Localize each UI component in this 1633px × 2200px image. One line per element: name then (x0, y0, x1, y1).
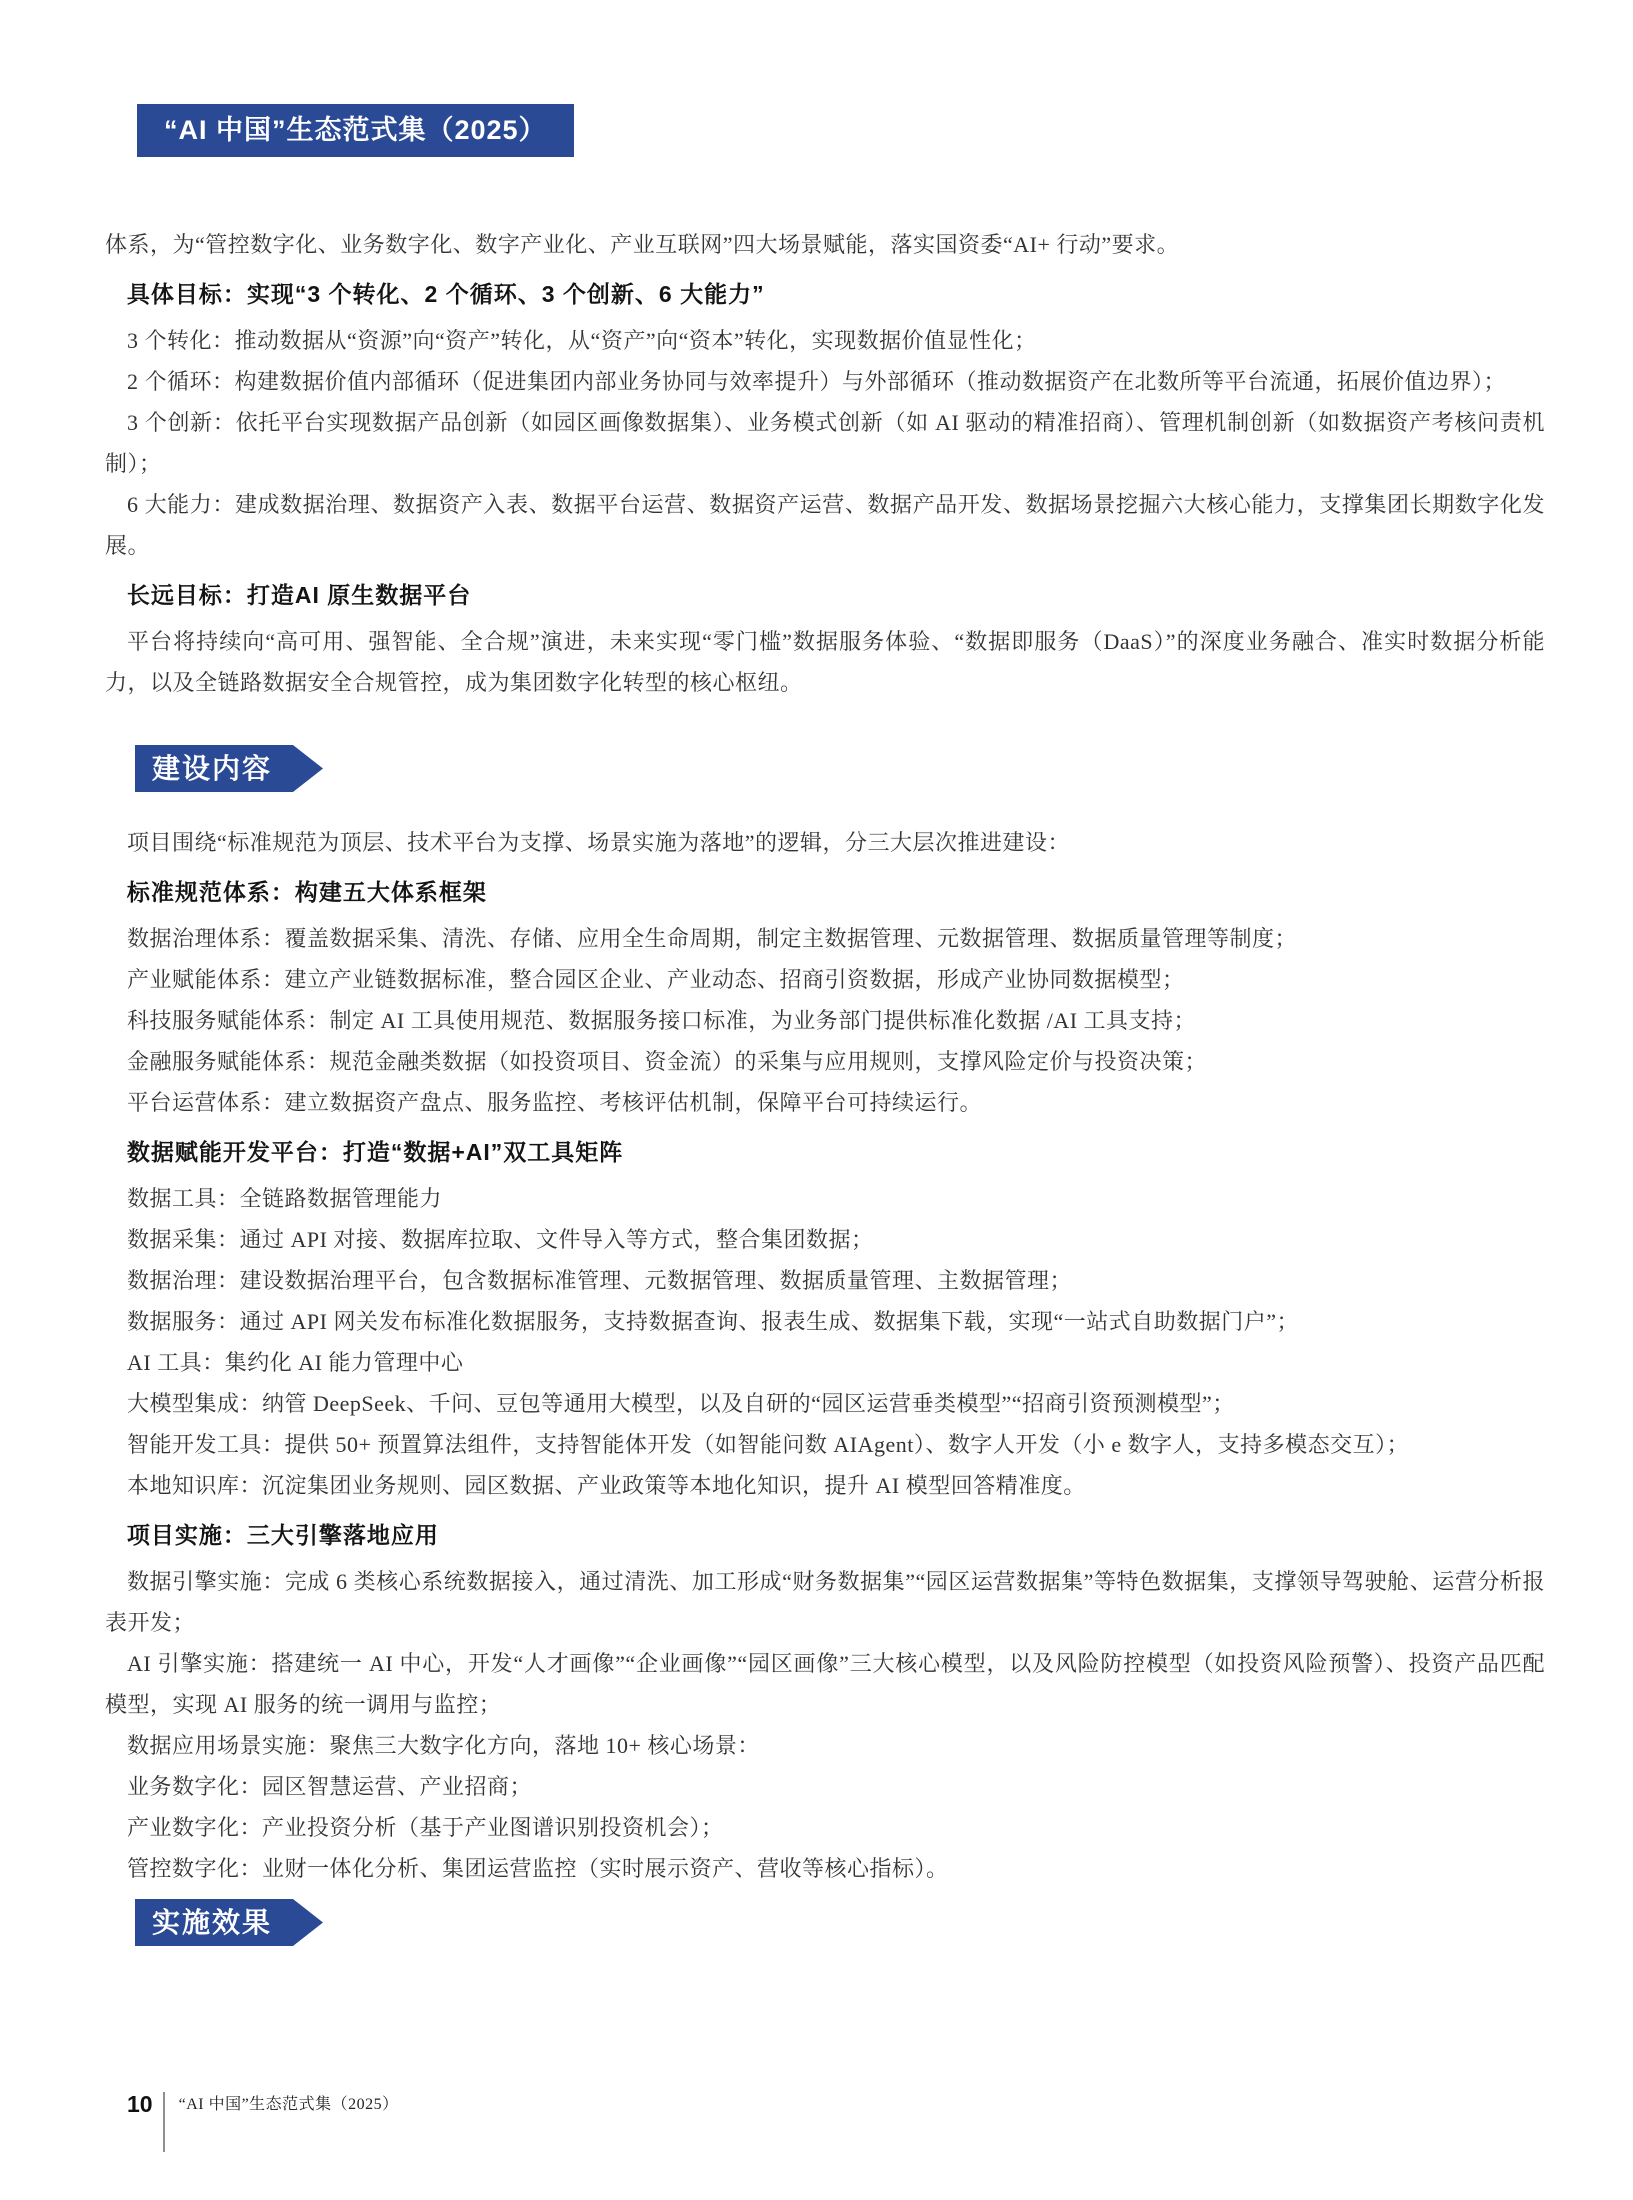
section-badge-label: 实施效果 (135, 1902, 272, 1943)
paragraph: 平台运营体系：建立数据资产盘点、服务监控、考核评估机制，保障平台可持续运行。 (105, 1082, 1545, 1123)
section-badge-results: 实施效果 (135, 1899, 323, 1946)
paragraph: 大模型集成：纳管 DeepSeek、千问、豆包等通用大模型，以及自研的“园区运营… (105, 1383, 1545, 1424)
paragraph: 数据服务：通过 API 网关发布标准化数据服务，支持数据查询、报表生成、数据集下… (105, 1301, 1545, 1342)
subheading: 具体目标：实现“3 个转化、2 个循环、3 个创新、6 大能力” (105, 274, 1545, 315)
paragraph: 管控数字化：业财一体化分析、集团运营监控（实时展示资产、营收等核心指标）。 (105, 1848, 1545, 1889)
paragraph: 平台将持续向“高可用、强智能、全合规”演进，未来实现“零门槛”数据服务体验、“数… (105, 621, 1545, 703)
paragraph: AI 工具：集约化 AI 能力管理中心 (105, 1342, 1545, 1383)
paragraph: 2 个循环：构建数据价值内部循环（促进集团内部业务协同与效率提升）与外部循环（推… (105, 361, 1545, 402)
footer-booklet-title: “AI 中国”生态范式集（2025） (179, 2092, 399, 2117)
paragraph: 智能开发工具：提供 50+ 预置算法组件，支持智能体开发（如智能问数 AIAge… (105, 1424, 1545, 1465)
paragraph: 数据治理：建设数据治理平台，包含数据标准管理、元数据管理、数据质量管理、主数据管… (105, 1260, 1545, 1301)
paragraph: 数据应用场景实施：聚焦三大数字化方向，落地 10+ 核心场景： (105, 1725, 1545, 1766)
document-page: “AI 中国”生态范式集（2025） 体系，为“管控数字化、业务数字化、数字产业… (0, 0, 1633, 2200)
paragraph: 金融服务赋能体系：规范金融类数据（如投资项目、资金流）的采集与应用规则，支撑风险… (105, 1041, 1545, 1082)
document-content: 体系，为“管控数字化、业务数字化、数字产业化、产业互联网”四大场景赋能，落实国资… (105, 224, 1545, 1976)
paragraph: 体系，为“管控数字化、业务数字化、数字产业化、产业互联网”四大场景赋能，落实国资… (105, 224, 1545, 265)
subheading: 长远目标：打造AI 原生数据平台 (105, 575, 1545, 616)
paragraph: 产业赋能体系：建立产业链数据标准，整合园区企业、产业动态、招商引资数据，形成产业… (105, 959, 1545, 1000)
paragraph: 数据工具：全链路数据管理能力 (105, 1178, 1545, 1219)
paragraph: 项目围绕“标准规范为顶层、技术平台为支撑、场景实施为落地”的逻辑，分三大层次推进… (105, 822, 1545, 863)
paragraph: 数据引擎实施：完成 6 类核心系统数据接入，通过清洗、加工形成“财务数据集”“园… (105, 1561, 1545, 1643)
subheading: 项目实施：三大引擎落地应用 (105, 1515, 1545, 1556)
page-number: 10 (127, 2092, 153, 2117)
footer-divider (163, 2092, 165, 2152)
paragraph: 业务数字化：园区智慧运营、产业招商； (105, 1766, 1545, 1807)
subheading: 数据赋能开发平台：打造“数据+AI”双工具矩阵 (105, 1132, 1545, 1173)
paragraph: 数据治理体系：覆盖数据采集、清洗、存储、应用全生命周期，制定主数据管理、元数据管… (105, 918, 1545, 959)
paragraph: 科技服务赋能体系：制定 AI 工具使用规范、数据服务接口标准，为业务部门提供标准… (105, 1000, 1545, 1041)
paragraph: 数据采集：通过 API 对接、数据库拉取、文件导入等方式，整合集团数据； (105, 1219, 1545, 1260)
paragraph: 本地知识库：沉淀集团业务规则、园区数据、产业政策等本地化知识，提升 AI 模型回… (105, 1465, 1545, 1506)
report-title-badge: “AI 中国”生态范式集（2025） (137, 104, 574, 157)
paragraph: 3 个创新：依托平台实现数据产品创新（如园区画像数据集）、业务模式创新（如 AI… (105, 402, 1545, 484)
subheading: 标准规范体系：构建五大体系框架 (105, 872, 1545, 913)
page-footer: 10 “AI 中国”生态范式集（2025） (127, 2092, 399, 2152)
paragraph: 产业数字化：产业投资分析（基于产业图谱识别投资机会）； (105, 1807, 1545, 1848)
section-badge-construction: 建设内容 (135, 745, 323, 792)
section-badge-label: 建设内容 (135, 748, 272, 789)
paragraph: AI 引擎实施：搭建统一 AI 中心，开发“人才画像”“企业画像”“园区画像”三… (105, 1643, 1545, 1725)
paragraph: 6 大能力：建成数据治理、数据资产入表、数据平台运营、数据资产运营、数据产品开发… (105, 484, 1545, 566)
paragraph: 3 个转化：推动数据从“资源”向“资产”转化，从“资产”向“资本”转化，实现数据… (105, 320, 1545, 361)
